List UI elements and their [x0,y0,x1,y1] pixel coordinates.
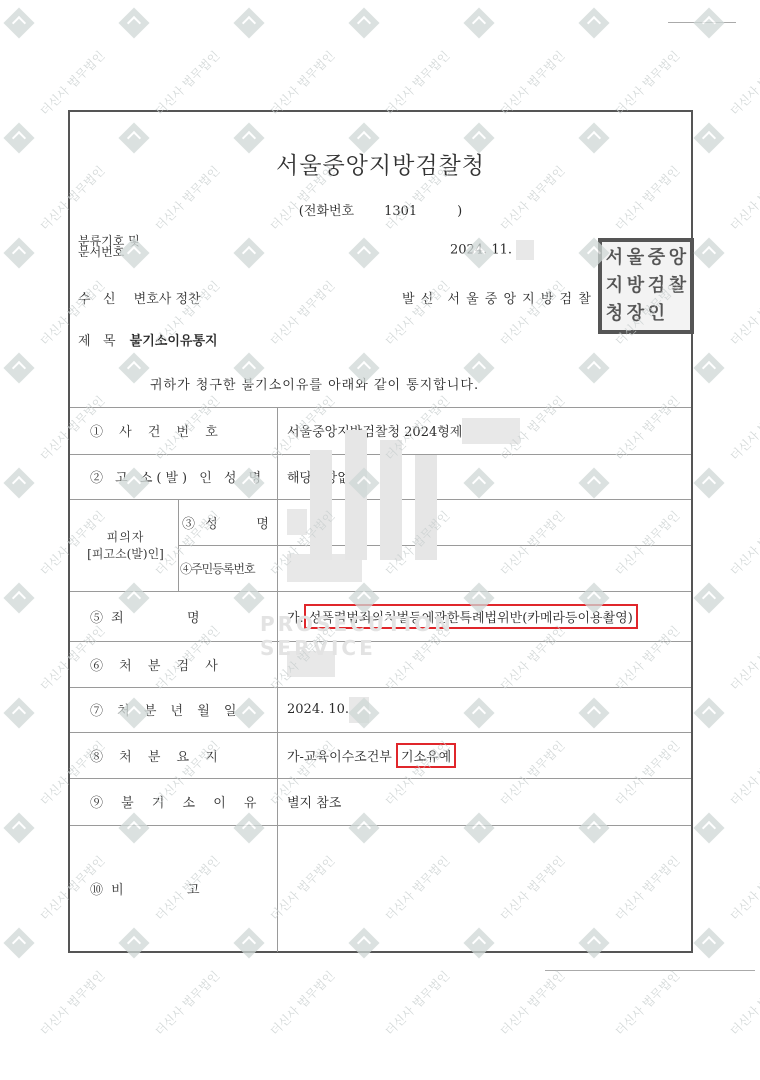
intro-text: 귀하가 청구한 불기소이유를 아래와 같이 통지합니다. [150,374,479,393]
redacted-day [516,240,534,260]
label-disposition-summary: ⑧ 처 분 요 지 [90,732,224,778]
watermark-logo-icon [3,237,34,268]
watermark-text: 더신사 법무법인 [496,967,568,1039]
watermark-text: 더신사 법무법인 [726,737,760,809]
watermark-logo-icon [693,582,724,613]
seal-character: 울 [625,244,646,272]
recipient-row: 수 신 변호사 정찬 [78,288,201,307]
recipient-name: 변호사 정찬 [134,292,201,307]
value-suspect-name [287,499,307,545]
phone-number: 1301 [384,204,417,219]
watermark-text: 더신사 법무법인 [726,47,760,119]
label-disposition-date: ⑦ 처 분 년 월 일 [90,687,241,732]
watermark-logo-icon [3,582,34,613]
watermark-text: 더신사 법무법인 [726,162,760,234]
seal-character: 서 [604,244,625,272]
watermark-logo-icon [3,122,34,153]
watermark-text: 더신사 법무법인 [726,852,760,924]
watermark-logo-icon [693,697,724,728]
seal-character: 중 [646,244,667,272]
watermark-text: 더신사 법무법인 [726,967,760,1039]
value-disposition-date: 2024. 10. [287,687,369,732]
sender-label: 발 신 [402,292,434,307]
watermark-logo-icon [693,122,724,153]
watermark-text: 더신사 법무법인 [266,47,338,119]
watermark-text: 더신사 법무법인 [611,967,683,1039]
watermark-logo-icon [3,7,34,38]
watermark-logo-icon [118,7,149,38]
watermark-text: 더신사 법무법인 [266,967,338,1039]
watermark-logo-icon [3,352,34,383]
watermark-logo-icon [693,237,724,268]
watermark-text: 더신사 법무법인 [726,622,760,694]
watermark-text: 더신사 법무법인 [381,967,453,1039]
sender-row: 발 신 서 울 중 앙 지 방 검 찰 [402,288,592,307]
label-suspect-group: 피의자 [피고소(발)인] [78,499,173,591]
watermark-text: 더신사 법무법인 [151,967,223,1039]
phone-label: (전화번호 [299,204,354,219]
watermark-text: 더신사 법무법인 [151,47,223,119]
watermark-text: 더신사 법무법인 [36,47,108,119]
value-resident-number [287,545,362,591]
recipient-label: 수 신 [78,292,116,307]
seal-character [667,300,688,328]
watermark-text: 더신사 법무법인 [726,507,760,579]
label-remarks: ⑩ 비 고 [90,825,202,952]
label-prosecutor: ⑥ 처 분 검 사 [90,641,224,687]
redacted-suspect-name [287,509,307,535]
watermark-logo-icon [463,7,494,38]
seal-character: 장 [625,300,646,328]
subject-label: 제 목 [78,334,116,349]
subject-row: 제 목 불기소이유통지 [78,330,218,349]
watermark-logo-icon [348,7,379,38]
redacted-prosecutor [287,651,335,677]
watermark-text: 더신사 법무법인 [726,277,760,349]
notice-document-frame: 서울중앙지방검찰청 (전화번호1301) 분류기호 및 문서번호 2024. 1… [68,110,693,953]
seal-character: 청 [604,300,625,328]
watermark-logo-icon [693,927,724,958]
seal-character: 찰 [667,272,688,300]
watermark-logo-icon [578,7,609,38]
classification-label: 분류기호 및 문서번호 [78,236,140,258]
highlighted-disposition: 기소유예 [396,743,456,768]
official-seal-stamp: 서울중앙지방검찰청장인 [598,238,694,334]
redacted-resident-number [287,554,362,582]
watermark-text: 더신사 법무법인 [381,47,453,119]
watermark-text: 더신사 법무법인 [611,47,683,119]
phone-close: ) [457,204,462,219]
watermark-logo-icon [3,697,34,728]
value-prosecutor [287,641,335,687]
redacted-disposition-day [349,697,369,723]
redacted-case-number [462,418,520,444]
label-charge: ⑤ 죄 명 [90,591,202,641]
watermark-logo-icon [693,352,724,383]
scan-line [545,970,755,971]
watermark-text: 더신사 법무법인 [36,967,108,1039]
watermark-logo-icon [693,7,724,38]
agency-title: 서울중앙지방검찰청 [70,147,691,180]
watermark-logo-icon [3,467,34,498]
label-complainant-name: ② 고 소(발) 인 성 명 [90,454,265,499]
watermark-logo-icon [693,467,724,498]
document-date: 2024. 11. [450,240,534,260]
seal-character: 지 [604,272,625,300]
watermark-text: 더신사 법무법인 [496,47,568,119]
seal-character: 인 [646,300,667,328]
seal-character: 앙 [667,244,688,272]
value-charge: 가.성폭력범죄의처벌등에관한특례법위반(카메라등이용촬영) [287,591,638,641]
watermark-logo-icon [233,7,264,38]
watermark-logo-icon [693,812,724,843]
seal-character: 검 [646,272,667,300]
value-complainant-name: 해당사항없음 [287,454,362,499]
value-disposition-summary: 가-교육이수조건부 기소유예 [287,732,456,778]
label-case-number: ① 사 건 번 호 [90,407,224,454]
value-non-indictment-reason: 별지 참조 [287,778,341,825]
subject-text: 불기소이유통지 [130,334,218,349]
label-suspect-name: ③ 성 명 [182,499,272,545]
sender-name: 서 울 중 앙 지 방 검 찰 [447,292,591,307]
label-non-indictment-reason: ⑨ 불 기 소 이 유 [90,778,263,825]
label-resident-number: ④주민등록번호 [180,545,255,591]
phone-line: (전화번호1301) [70,200,691,219]
watermark-text: 더신사 법무법인 [726,392,760,464]
watermark-logo-icon [3,812,34,843]
value-case-number: 서울중앙지방검찰청 2024형제 [287,407,520,454]
watermark-logo-icon [3,927,34,958]
scan-line-top [668,22,736,23]
highlighted-charge: 성폭력범죄의처벌등에관한특례법위반(카메라등이용촬영) [304,604,638,629]
seal-character: 방 [625,272,646,300]
